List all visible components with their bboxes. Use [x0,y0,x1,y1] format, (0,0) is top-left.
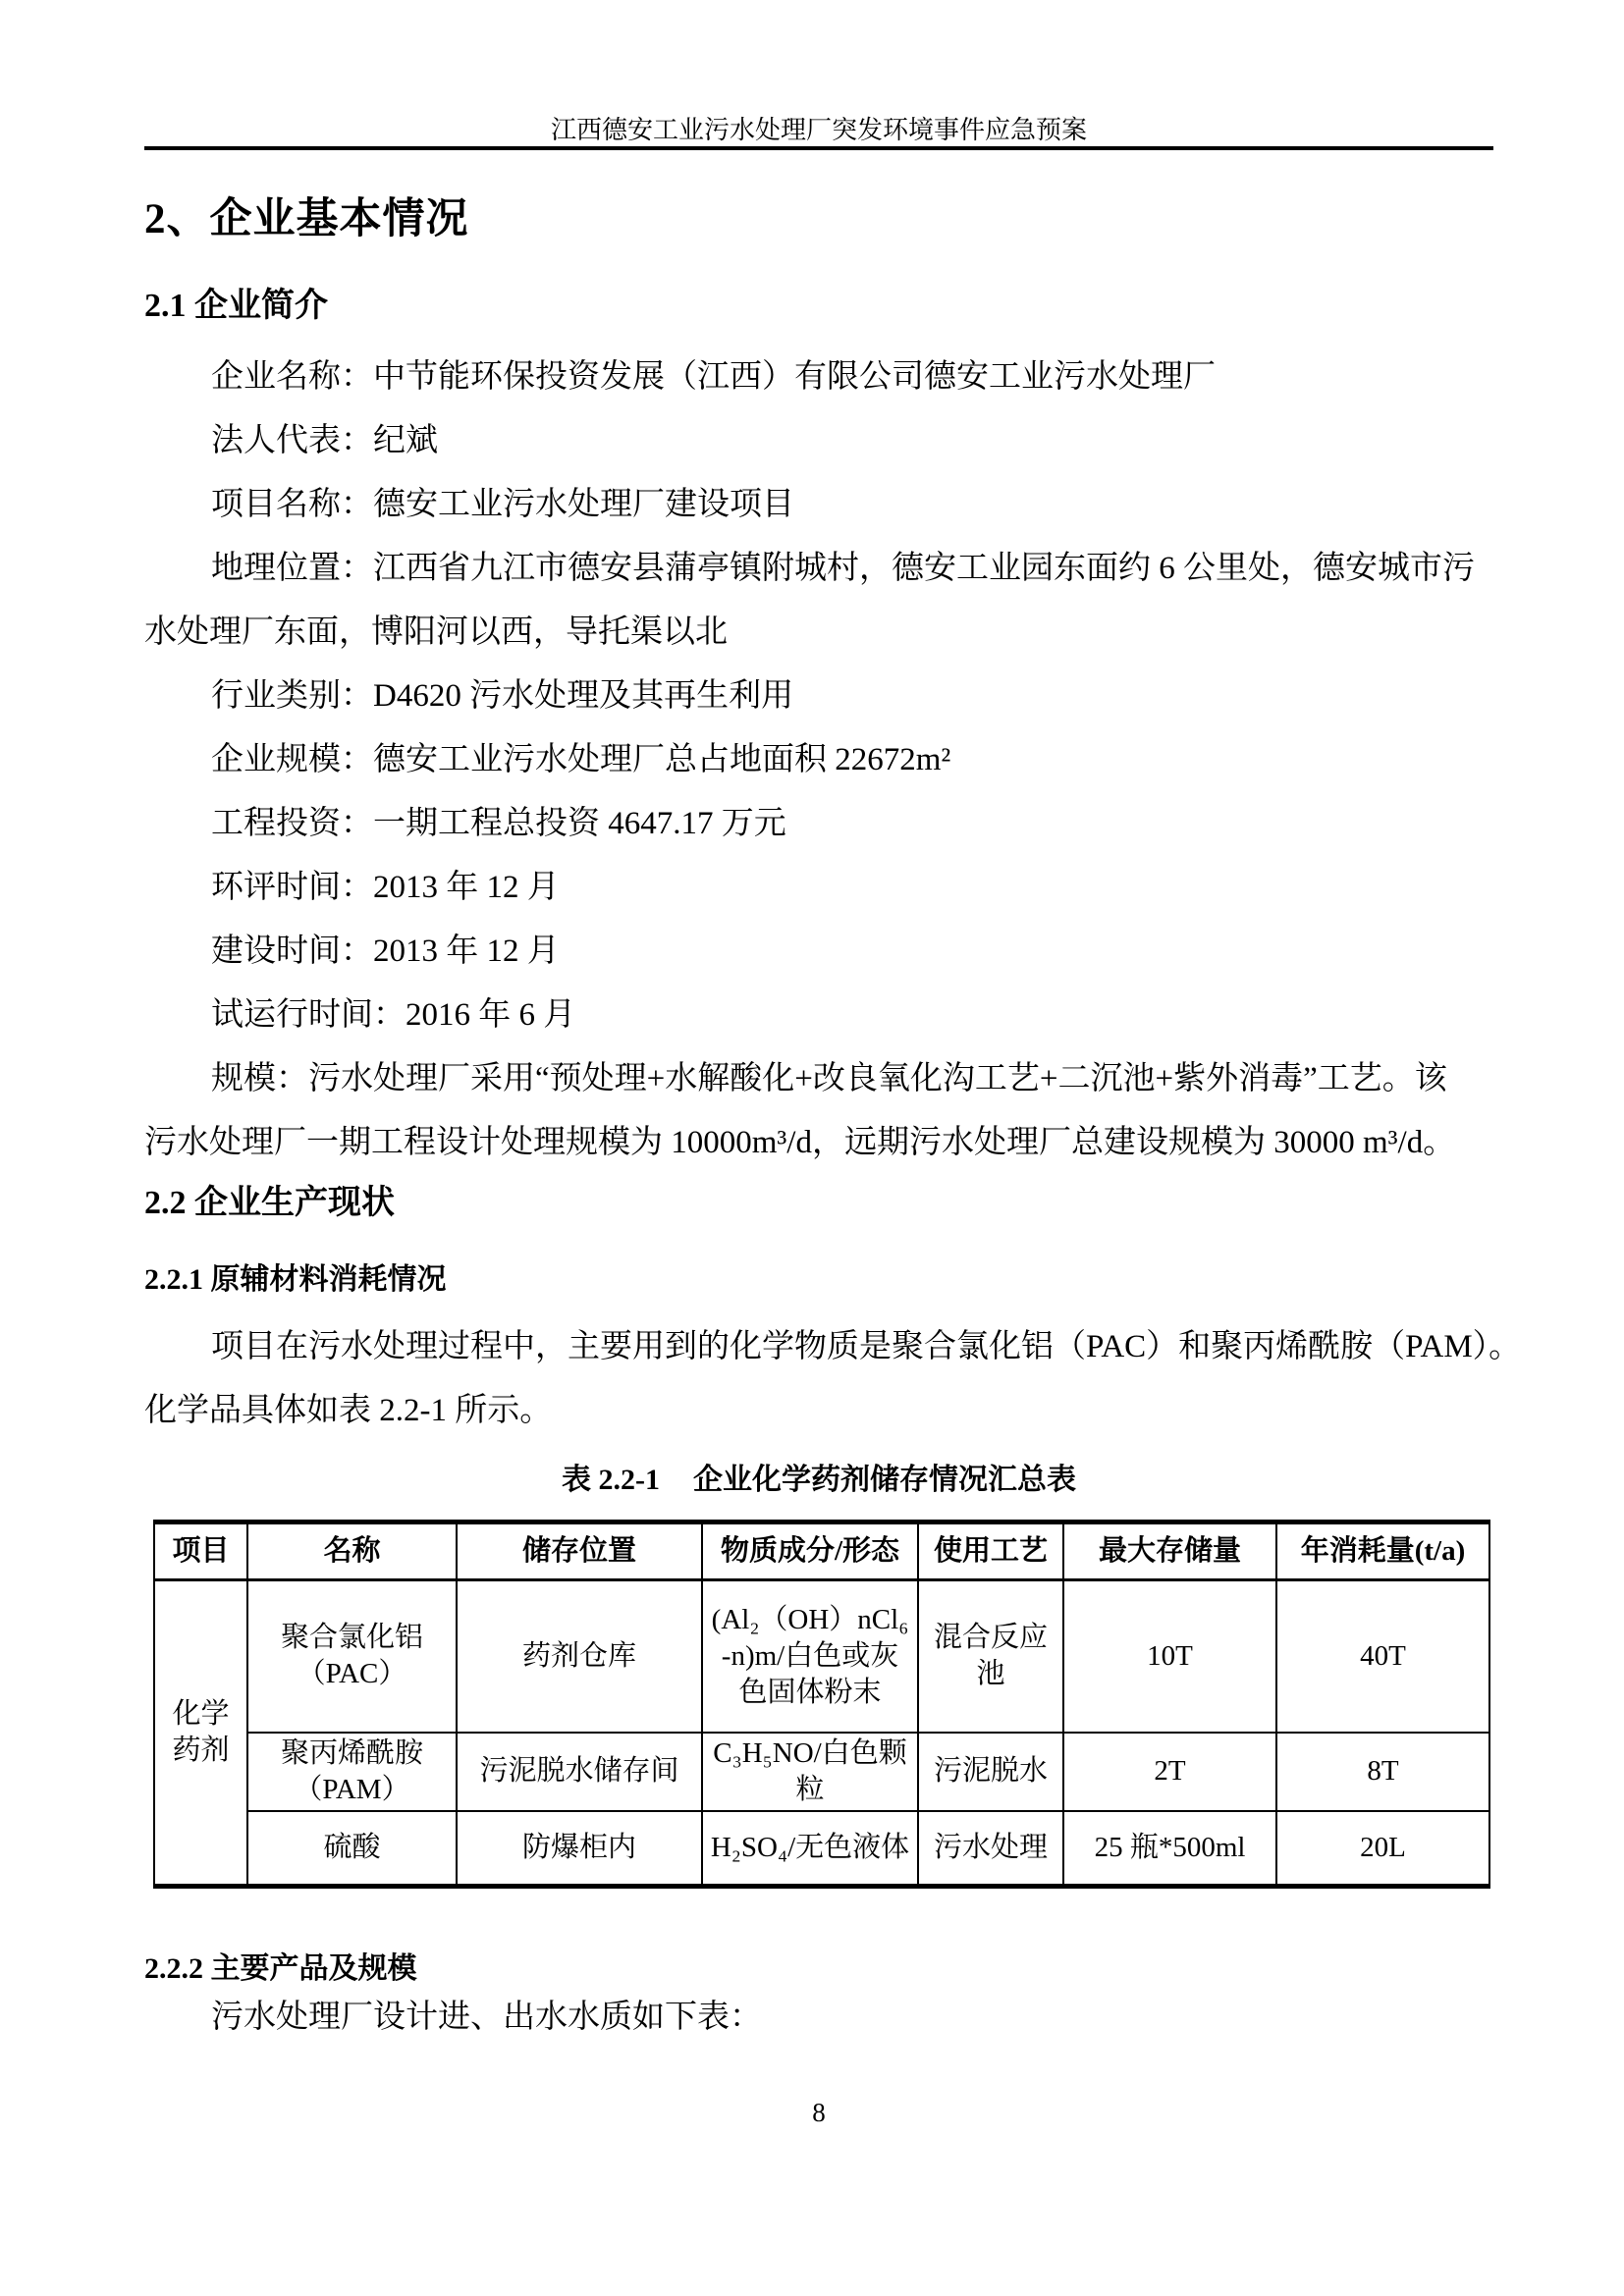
chapter-heading: 2、企业基本情况 [144,196,1493,243]
table-caption-number: 表 2.2-1 [562,1464,660,1496]
cell-composition: H₂SO₄/无色液体 [702,1811,918,1887]
body-line: 企业名称：中节能环保投资发展（江西）有限公司德安工业污水处理厂 [144,346,1519,409]
chemical-storage-table: 项目 名称 储存位置 物质成分/形态 使用工艺 最大存储量 年消耗量(t/a) … [153,1520,1490,1889]
page-number: 8 [144,2097,1493,2128]
body-line: 法人代表：纪斌 [144,409,1519,473]
col-header-item: 项目 [154,1522,247,1580]
cell-name: 聚丙烯酰胺（PAM） [247,1733,457,1811]
body-line: 行业类别：D4620 污水处理及其再生利用 [144,665,1519,728]
col-header-max-storage: 最大存储量 [1063,1522,1276,1580]
body-line: 项目在污水处理过程中，主要用到的化学物质是聚合氯化铝（PAC）和聚丙烯酰胺（PA… [144,1315,1519,1379]
table-row: 化学药剂 聚合氯化铝（PAC） 药剂仓库 (Al₂（OH）nCl₆-n)m/白色… [154,1580,1489,1733]
col-header-annual: 年消耗量(t/a) [1276,1522,1489,1580]
section-2-1-body: 企业名称：中节能环保投资发展（江西）有限公司德安工业污水处理厂 法人代表：纪斌 … [144,346,1519,1175]
cell-max-storage: 25 瓶*500ml [1063,1811,1276,1887]
body-line: 企业规模：德安工业污水处理厂总占地面积 22672m² [144,728,1519,792]
section-heading-2-2: 2.2 企业生产现状 [144,1184,395,1223]
body-line: 环评时间：2013 年 12 月 [144,856,1519,920]
cell-composition: (Al₂（OH）nCl₆-n)m/白色或灰色固体粉末 [702,1580,918,1733]
body-line: 试运行时间：2016 年 6 月 [144,984,1519,1047]
body-line: 建设时间：2013 年 12 月 [144,920,1519,984]
section-2-2-2-body: 污水处理厂设计进、出水水质如下表： [144,1986,1519,2050]
header-rule [144,146,1493,150]
table-caption: 表 2.2-1企业化学药剂储存情况汇总表 [144,1463,1493,1498]
section-heading-2-2-2: 2.2.2 主要产品及规模 [144,1951,417,1987]
col-header-process: 使用工艺 [918,1522,1063,1580]
cell-process: 混合反应池 [918,1580,1063,1733]
cell-location: 药剂仓库 [457,1580,702,1733]
cell-name: 硫酸 [247,1811,457,1887]
running-header: 江西德安工业污水处理厂突发环境事件应急预案 [144,116,1493,145]
body-line: 规模：污水处理厂采用“预处理+水解酸化+改良氧化沟工艺+二沉池+紫外消毒”工艺。… [144,1047,1519,1111]
col-header-location: 储存位置 [457,1522,702,1580]
cell-location: 防爆柜内 [457,1811,702,1887]
cell-max-storage: 10T [1063,1580,1276,1733]
cell-process: 污水处理 [918,1811,1063,1887]
cell-composition: C₃H₅NO/白色颗粒 [702,1733,918,1811]
cell-annual: 40T [1276,1580,1489,1733]
body-line: 化学品具体如表 2.2-1 所示。 [144,1379,1519,1443]
col-header-name: 名称 [247,1522,457,1580]
cell-group-label: 化学药剂 [154,1580,247,1887]
table-row: 聚丙烯酰胺（PAM） 污泥脱水储存间 C₃H₅NO/白色颗粒 污泥脱水 2T 8… [154,1733,1489,1811]
body-line: 工程投资：一期工程总投资 4647.17 万元 [144,792,1519,856]
cell-location: 污泥脱水储存间 [457,1733,702,1811]
section-heading-2-1: 2.1 企业简介 [144,287,328,326]
body-line: 污水处理厂设计进、出水水质如下表： [144,1986,1519,2050]
cell-process: 污泥脱水 [918,1733,1063,1811]
col-header-composition: 物质成分/形态 [702,1522,918,1580]
cell-name: 聚合氯化铝（PAC） [247,1580,457,1733]
body-line: 污水处理厂一期工程设计处理规模为 10000m³/d，远期污水处理厂总建设规模为… [144,1111,1519,1175]
cell-annual: 20L [1276,1811,1489,1887]
body-line: 地理位置：江西省九江市德安县蒲亭镇附城村，德安工业园东面约 6 公里处，德安城市… [144,537,1519,601]
section-heading-2-2-1: 2.2.1 原辅材料消耗情况 [144,1262,447,1298]
table-caption-title: 企业化学药剂储存情况汇总表 [693,1464,1076,1496]
document-page: 江西德安工业污水处理厂突发环境事件应急预案 2、企业基本情况 2.1 企业简介 … [0,0,1624,2296]
cell-annual: 8T [1276,1733,1489,1811]
body-line: 项目名称：德安工业污水处理厂建设项目 [144,473,1519,537]
cell-max-storage: 2T [1063,1733,1276,1811]
table-row: 硫酸 防爆柜内 H₂SO₄/无色液体 污水处理 25 瓶*500ml 20L [154,1811,1489,1887]
section-2-2-1-body: 项目在污水处理过程中，主要用到的化学物质是聚合氯化铝（PAC）和聚丙烯酰胺（PA… [144,1315,1519,1443]
table-header-row: 项目 名称 储存位置 物质成分/形态 使用工艺 最大存储量 年消耗量(t/a) [154,1522,1489,1580]
body-line: 水处理厂东面，博阳河以西，导托渠以北 [144,601,1519,665]
